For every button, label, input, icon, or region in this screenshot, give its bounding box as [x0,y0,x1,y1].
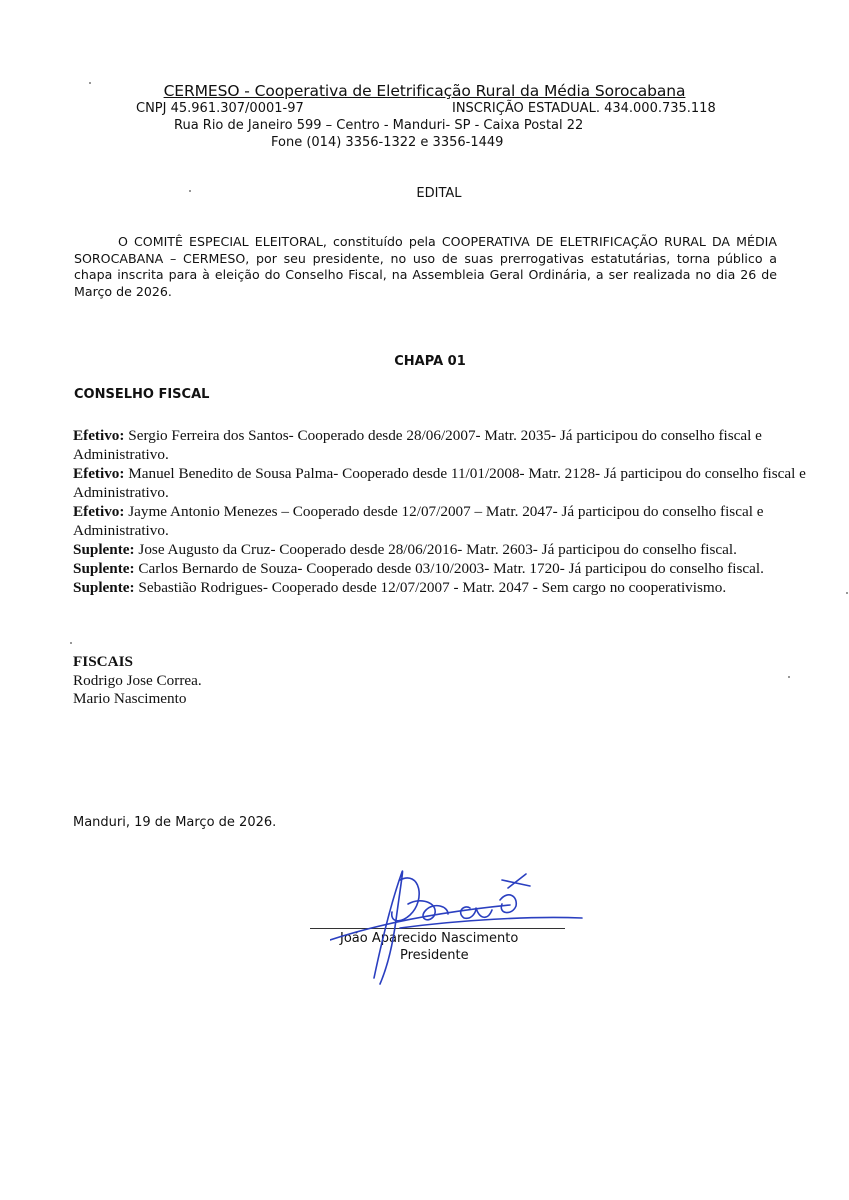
chapa-heading: CHAPA 01 [0,354,849,369]
scan-speck [189,190,191,192]
fiscais-title: FISCAIS [73,653,202,672]
member-details: Jayme Antonio Menezes – Cooperado desde … [73,503,763,539]
section-title: CONSELHO FISCAL [74,387,209,402]
member-entry: Suplente: Sebastião Rodrigues- Cooperado… [73,578,813,597]
member-role: Suplente: [73,541,135,558]
member-entry: Suplente: Jose Augusto da Cruz- Cooperad… [73,540,813,559]
member-details: Jose Augusto da Cruz- Cooperado desde 28… [138,541,737,558]
intro-text: O COMITÊ ESPECIAL ELEITORAL, constituído… [74,234,777,300]
phone: Fone (014) 3356-1322 e 3356-1449 [271,135,503,150]
member-details: Carlos Bernardo de Souza- Cooperado desd… [138,560,764,577]
member-details: Sebastião Rodrigues- Cooperado desde 12/… [138,579,726,596]
member-entry: Efetivo: Sergio Ferreira dos Santos- Coo… [73,426,813,464]
member-entry: Efetivo: Manuel Benedito de Sousa Palma-… [73,464,813,502]
fiscal-name: Mario Nascimento [73,690,202,709]
org-title-text: CERMESO - Cooperativa de Eletrificação R… [164,82,686,100]
org-title: CERMESO - Cooperativa de Eletrificação R… [0,82,849,100]
member-details: Sergio Ferreira dos Santos- Cooperado de… [73,427,762,463]
members-list: Efetivo: Sergio Ferreira dos Santos- Coo… [73,426,813,597]
scan-speck [788,676,790,678]
signature-icon [330,860,600,990]
member-role: Efetivo: [73,427,124,444]
cnpj: CNPJ 45.961.307/0001-97 [136,101,304,116]
member-role: Efetivo: [73,465,124,482]
member-details: Manuel Benedito de Sousa Palma- Cooperad… [73,465,806,501]
member-role: Efetivo: [73,503,124,520]
address: Rua Rio de Janeiro 599 – Centro - Mandur… [174,118,583,133]
state-registration: INSCRIÇÃO ESTADUAL. 434.000.735.118 [452,101,716,116]
member-entry: Efetivo: Jayme Antonio Menezes – Coopera… [73,502,813,540]
member-entry: Suplente: Carlos Bernardo de Souza- Coop… [73,559,813,578]
fiscal-name: Rodrigo Jose Correa. [73,672,202,691]
fiscais-block: FISCAIS Rodrigo Jose Correa. Mario Nasci… [73,653,202,709]
scan-speck [846,592,848,594]
date-line: Manduri, 19 de Março de 2026. [73,815,276,830]
intro-paragraph: O COMITÊ ESPECIAL ELEITORAL, constituído… [74,234,777,300]
member-role: Suplente: [73,579,135,596]
scan-speck [89,82,91,84]
document-title: EDITAL [0,186,849,201]
scan-speck [70,642,72,644]
member-role: Suplente: [73,560,135,577]
